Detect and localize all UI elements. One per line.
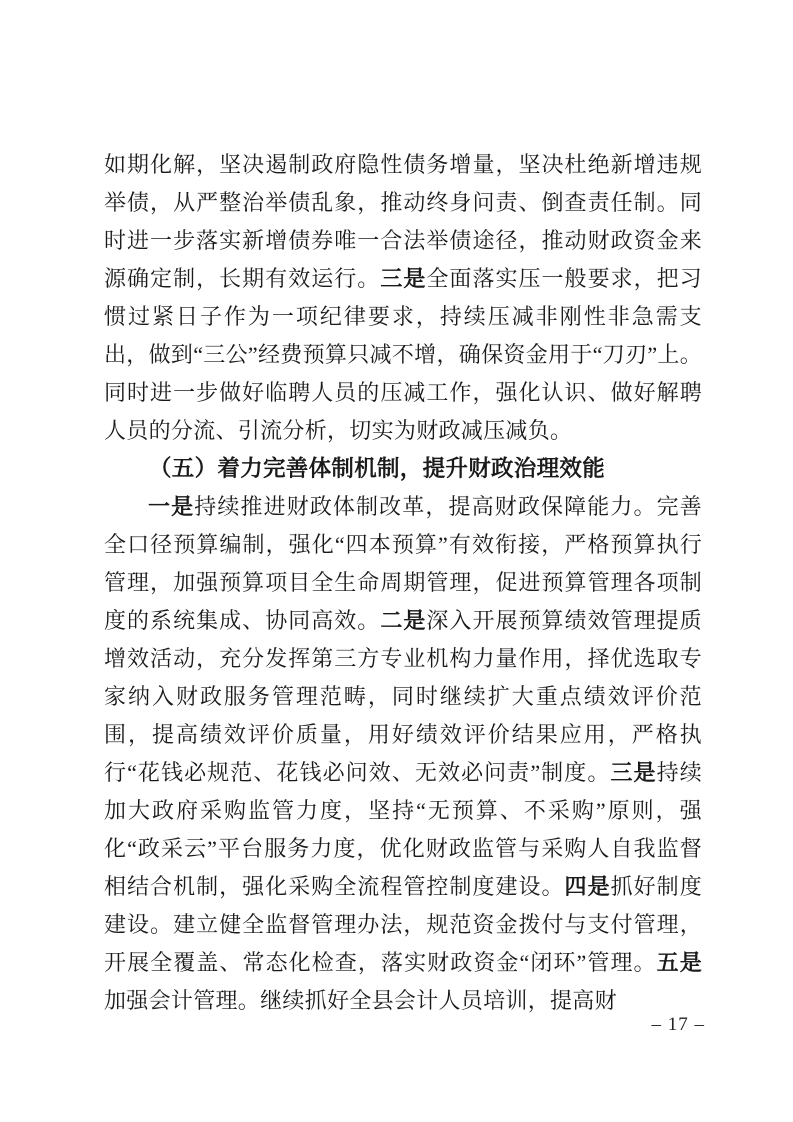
document-page: 如期化解，坚决遏制政府隐性债务增量，坚决杜绝新增违规举债，从严整治举债乱象，推动… (0, 0, 793, 1122)
list-marker-first: 一是 (148, 494, 194, 519)
body-text-segment: 加强会计管理。继续抓好全县会计人员培训，提高财 (104, 988, 617, 1013)
list-marker-third: 三是 (380, 266, 426, 291)
document-body: 如期化解，坚决遏制政府隐性债务增量，坚决杜绝新增违规举债，从严整治举债乱象，推动… (104, 146, 702, 1020)
paragraph-continuation: 如期化解，坚决遏制政府隐性债务增量，坚决杜绝新增违规举债，从严整治举债乱象，推动… (104, 146, 702, 450)
list-marker-fourth: 四是 (565, 874, 611, 899)
list-marker-fifth: 五是 (657, 950, 702, 975)
paragraph-main: 一是持续推进财政体制改革，提高财政保障能力。完善全口径预算编制，强化“四本预算”… (104, 488, 702, 1020)
body-text-segment: 深入开展预算绩效管理提质增效活动，充分发挥第三方专业机构力量作用，择优选取专家纳… (104, 608, 702, 785)
body-text-segment: 全面落实压一般要求，把习惯过紧日子作为一项纪律要求，持续压减非刚性非急需支出，做… (104, 266, 702, 443)
section-heading-five: （五）着力完善体制机制，提升财政治理效能 (104, 450, 702, 488)
page-number: – 17 – (652, 1014, 706, 1036)
list-marker-second: 二是 (380, 608, 426, 633)
list-marker-third: 三是 (610, 760, 656, 785)
